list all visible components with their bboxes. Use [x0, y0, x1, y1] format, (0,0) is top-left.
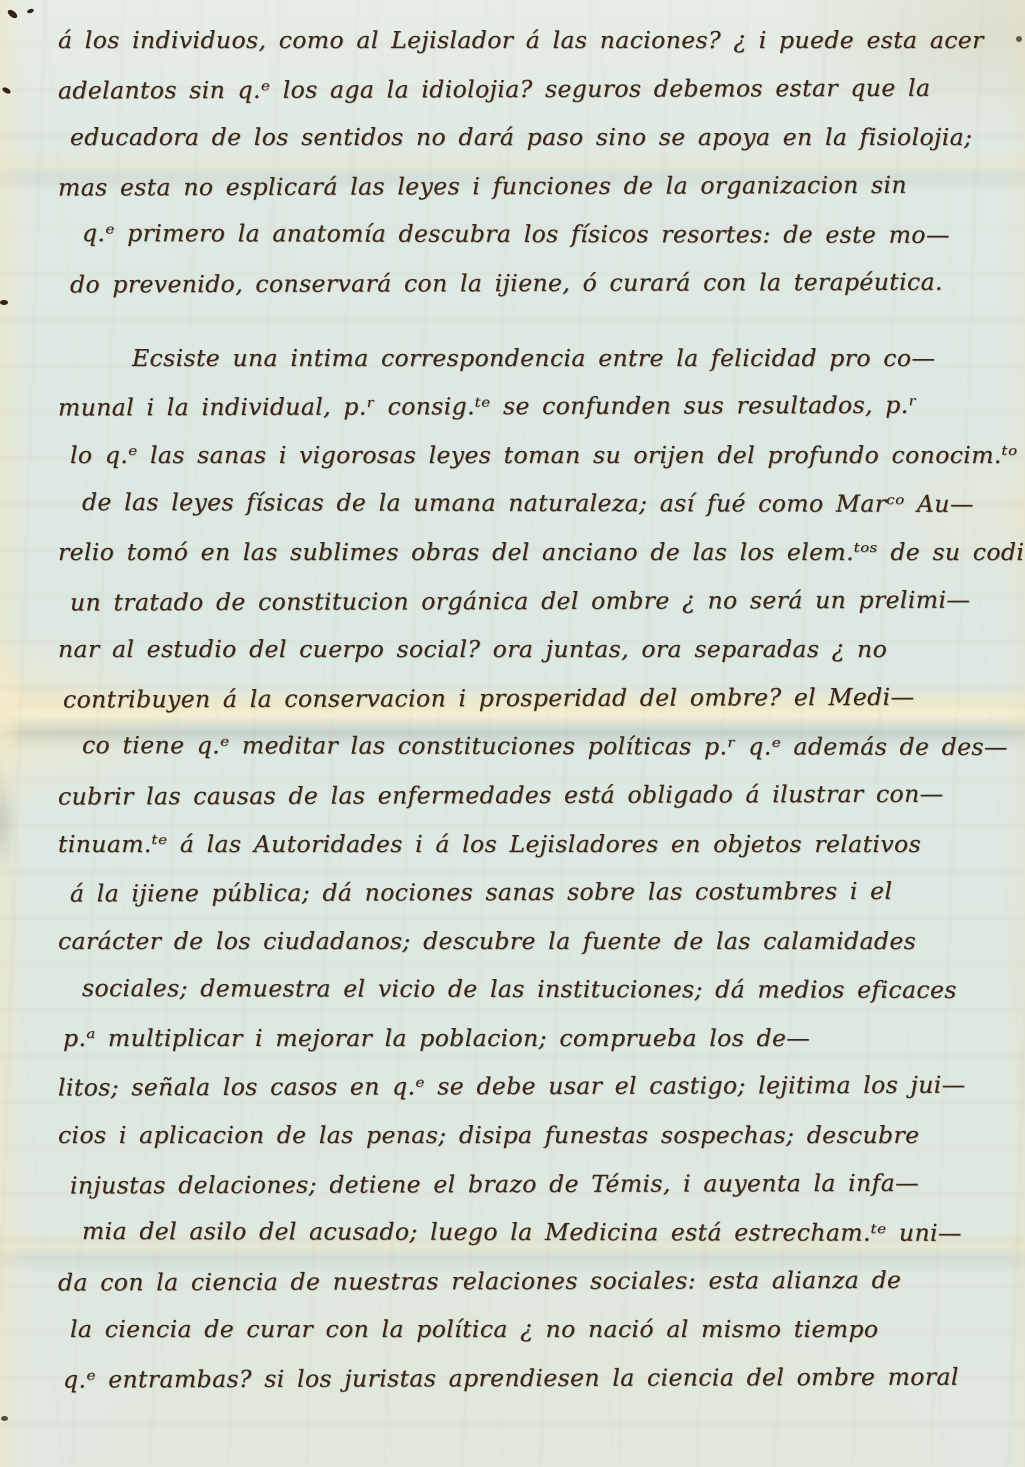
- manuscript-line: mia del asilo del acusado; luego la Medi…: [58, 1207, 1025, 1258]
- manuscript-line: lo q.ᵉ las sanas i vigorosas leyes toman…: [58, 431, 1025, 480]
- manuscript-text-block: á los individuos, como al Lejislador á l…: [58, 16, 1025, 1403]
- ink-speck: [27, 8, 35, 14]
- manuscript-line: munal i la individual, p.ʳ consig.ᵗᵉ se …: [58, 381, 1025, 433]
- ink-speck: [1, 1416, 8, 1421]
- manuscript-line: la ciencia de curar con la política ¿ no…: [58, 1305, 1025, 1354]
- manuscript-line: de las leyes físicas de la umana natural…: [58, 478, 1025, 529]
- manuscript-line: á los individuos, como al Lejislador á l…: [58, 16, 1025, 65]
- page-edge-left-shading: [0, 0, 34, 1467]
- manuscript-line: nar al estudio del cuerpo social? ora ju…: [58, 625, 1025, 674]
- manuscript-line: relio tomó en las sublimes obras del anc…: [58, 528, 1025, 577]
- manuscript-line: educadora de los sentidos no dará paso s…: [58, 113, 1025, 162]
- manuscript-line: un tratado de constitucion orgánica del …: [58, 575, 1025, 627]
- manuscript-line: p.ᵃ multiplicar i mejorar la poblacion; …: [58, 1014, 1025, 1063]
- manuscript-line: carácter de los ciudadanos; descubre la …: [58, 917, 1025, 966]
- manuscript-line: injustas delaciones; detiene el brazo de…: [58, 1158, 1025, 1210]
- manuscript-line: litos; señala los casos en q.ᵉ se debe u…: [58, 1061, 1025, 1113]
- manuscript-line: contribuyen á la conservacion i prosperi…: [58, 672, 1025, 724]
- manuscript-line: da con la ciencia de nuestras relaciones…: [58, 1255, 1025, 1307]
- ink-speck: [1, 86, 11, 95]
- manuscript-page: á los individuos, como al Lejislador á l…: [0, 0, 1025, 1467]
- manuscript-line: co tiene q.ᵉ meditar las constituciones …: [58, 721, 1025, 772]
- ink-speck: [0, 300, 8, 305]
- manuscript-line: sociales; demuestra el vicio de las inst…: [58, 964, 1025, 1015]
- manuscript-line: cubrir las causas de las enfermedades es…: [58, 769, 1025, 821]
- manuscript-line: mas esta no esplicará las leyes i funcio…: [58, 160, 1025, 212]
- manuscript-line: á la ijiene pública; dá nociones sanas s…: [58, 867, 1025, 919]
- manuscript-line: q.ᵉ entrambas? si los juristas aprendies…: [58, 1353, 1025, 1405]
- manuscript-line: cios i aplicacion de las penas; disipa f…: [58, 1111, 1025, 1160]
- ink-speck: [6, 8, 18, 20]
- manuscript-line-paragraph-start: Ecsiste una intima correspondencia entre…: [58, 334, 1025, 383]
- manuscript-line: adelantos sin q.ᵉ los aga la idiolojia? …: [58, 63, 1025, 115]
- manuscript-line: q.ᵉ primero la anatomía descubra los fís…: [58, 209, 1025, 260]
- manuscript-line: do prevenido, conservará con la ijiene, …: [58, 257, 1025, 309]
- manuscript-line: tinuam.ᵗᵉ á las Autoridades i á los Leji…: [58, 820, 1025, 869]
